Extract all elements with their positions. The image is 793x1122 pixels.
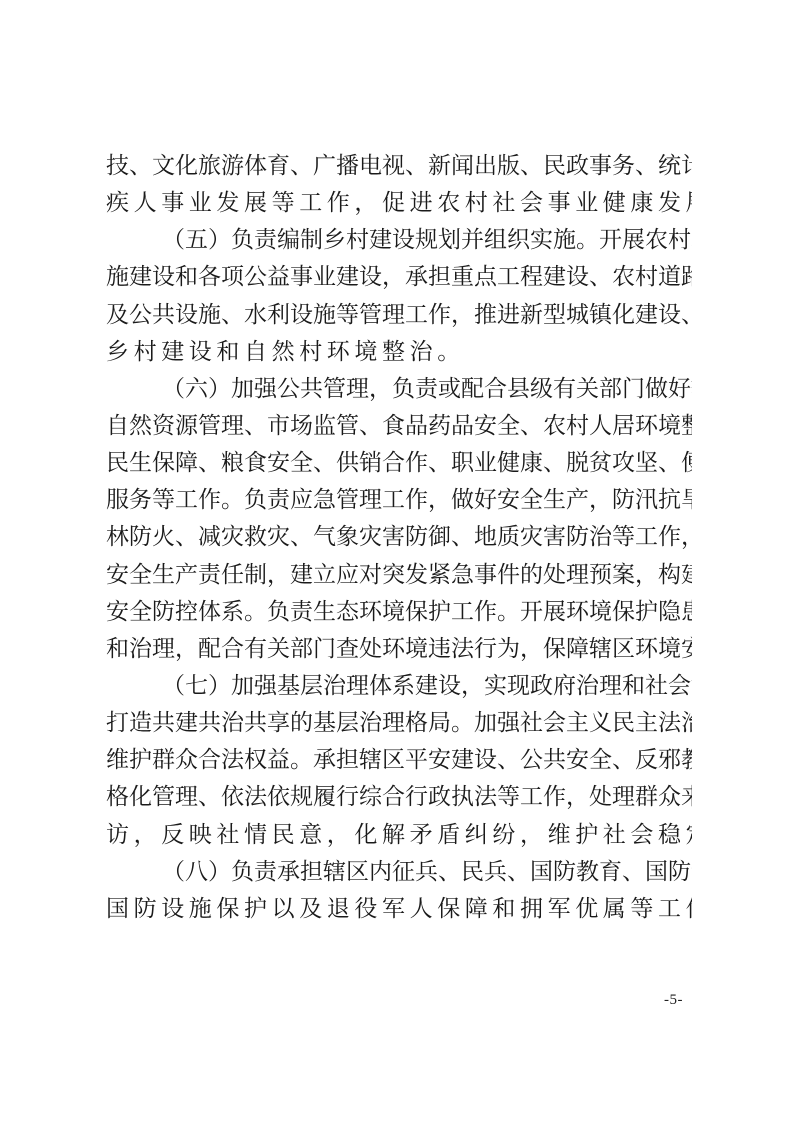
- text-line: 民生保障、粮食安全、供销合作、职业健康、脱贫攻坚、便民化: [106, 445, 692, 482]
- text-line: 技、文化旅游体育、广播电视、新闻出版、民政事务、统计、残: [106, 148, 692, 185]
- text-line: 打造共建共治共享的基层治理格局。加强社会主义民主法治建设，: [106, 705, 692, 742]
- text-line: 和治理，配合有关部门查处环境违法行为，保障辖区环境安全。: [106, 631, 692, 668]
- text-line: （七）加强基层治理体系建设，实现政府治理和社会调节，: [106, 668, 692, 705]
- paragraph-continued: 技、文化旅游体育、广播电视、新闻出版、民政事务、统计、残 疾人事业发展等工作，促…: [106, 148, 692, 222]
- text-line: 安全防控体系。负责生态环境保护工作。开展环境保护隐患排查: [106, 594, 692, 631]
- text-line: 访，反映社情民意，化解矛盾纠纷，维护社会稳定。: [106, 817, 692, 854]
- text-line: 林防火、减灾救灾、气象灾害防御、地质灾害防治等工作，落实: [106, 519, 692, 556]
- page-number: -5-: [664, 992, 683, 1009]
- text-line: 及公共设施、水利设施等管理工作，推进新型城镇化建设、美丽: [106, 297, 692, 334]
- text-line: 国防设施保护以及退役军人保障和拥军优属等工作。: [106, 891, 692, 928]
- text-line: 格化管理、依法依规履行综合行政执法等工作，处理群众来信来: [106, 779, 692, 816]
- document-page: 技、文化旅游体育、广播电视、新闻出版、民政事务、统计、残 疾人事业发展等工作，促…: [0, 0, 793, 1122]
- paragraph-item-6: （六）加强公共管理，负责或配合县级有关部门做好辖区内 自然资源管理、市场监管、食…: [106, 371, 692, 668]
- text-line: 乡村建设和自然村环境整治。: [106, 334, 692, 371]
- paragraph-item-5: （五）负责编制乡村建设规划并组织实施。开展农村基础设 施建设和各项公益事业建设，…: [106, 222, 692, 371]
- text-line: （六）加强公共管理，负责或配合县级有关部门做好辖区内: [106, 371, 692, 408]
- text-line: （五）负责编制乡村建设规划并组织实施。开展农村基础设: [106, 222, 692, 259]
- text-line: 服务等工作。负责应急管理工作，做好安全生产，防汛抗旱、森: [106, 482, 692, 519]
- text-line: 维护群众合法权益。承担辖区平安建设、公共安全、反邪教、网: [106, 742, 692, 779]
- text-line: 自然资源管理、市场监管、食品药品安全、农村人居环境整治、: [106, 408, 692, 445]
- paragraph-item-8: （八）负责承担辖区内征兵、民兵、国防教育、国防动员、 国防设施保护以及退役军人保…: [106, 854, 692, 928]
- text-line: 安全生产责任制，建立应对突发紧急事件的处理预案，构建公共: [106, 557, 692, 594]
- document-body: 技、文化旅游体育、广播电视、新闻出版、民政事务、统计、残 疾人事业发展等工作，促…: [106, 148, 692, 928]
- text-line: 疾人事业发展等工作，促进农村社会事业健康发展。: [106, 185, 692, 222]
- text-line: 施建设和各项公益事业建设，承担重点工程建设、农村道路建设: [106, 259, 692, 296]
- paragraph-item-7: （七）加强基层治理体系建设，实现政府治理和社会调节， 打造共建共治共享的基层治理…: [106, 668, 692, 854]
- text-line: （八）负责承担辖区内征兵、民兵、国防教育、国防动员、: [106, 854, 692, 891]
